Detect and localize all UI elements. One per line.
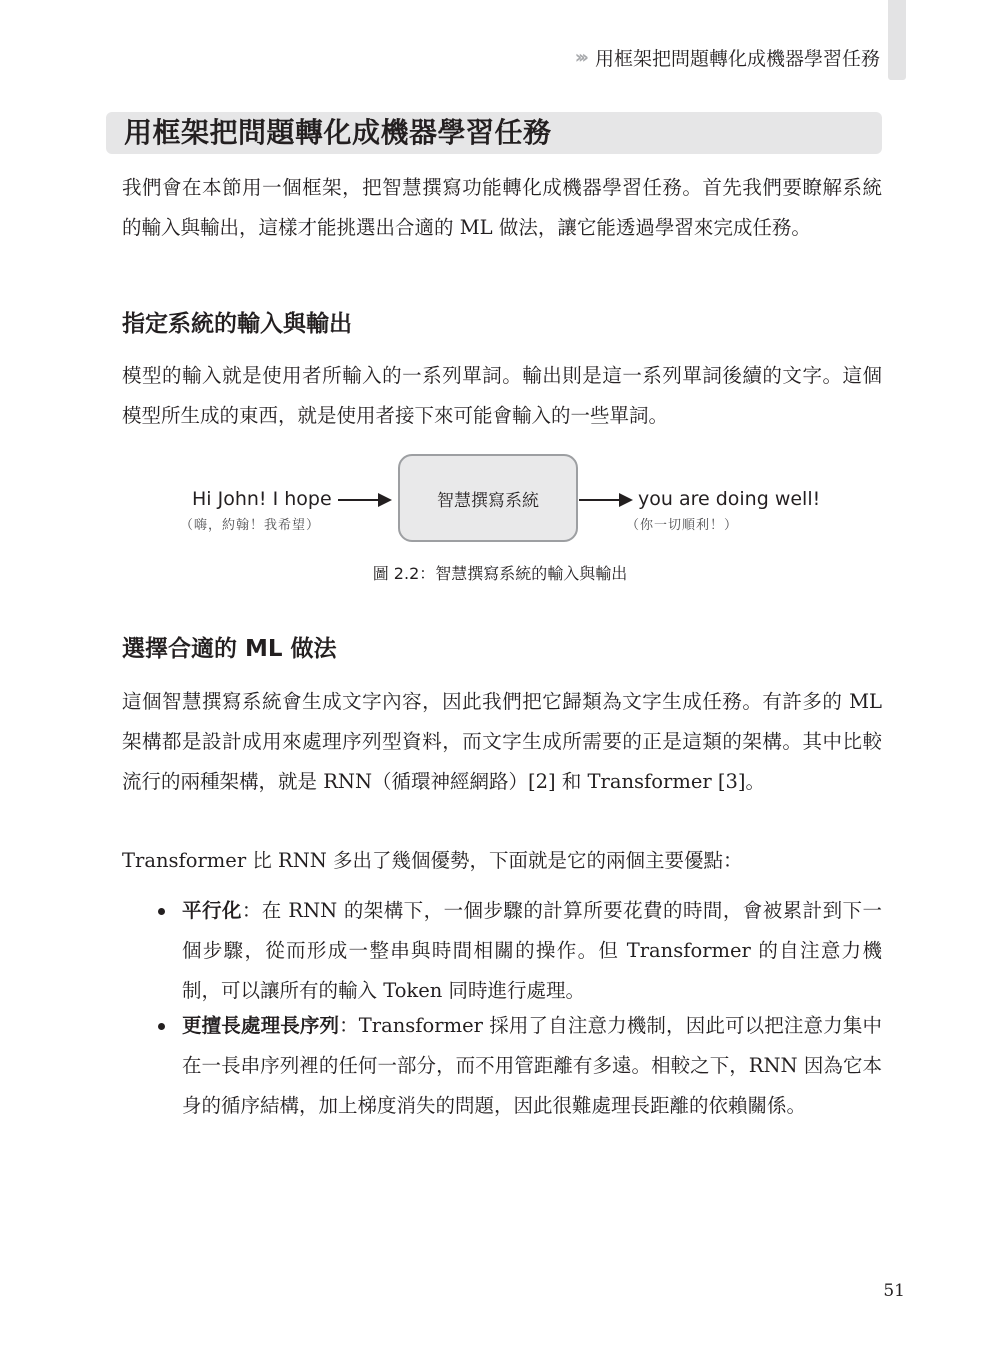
- figure-2-2: Hi John! I hope （嗨，約翰！我希望） 智慧撰寫系統 you ar…: [0, 0, 1000, 600]
- bullet-term: 平行化: [182, 899, 242, 922]
- advantages-intro: Transformer 比 RNN 多出了幾個優勢，下面就是它的兩個主要優點：: [122, 841, 882, 881]
- double-chevron-right-icon: ›››: [575, 47, 585, 68]
- figure-output-text: you are doing well!: [638, 488, 820, 510]
- intro-paragraph: 我們會在本節用一個框架，把智慧撰寫功能轉化成機器學習任務。首先我們要瞭解系統的輸…: [122, 168, 882, 248]
- page-number: 51: [883, 1281, 905, 1301]
- figure-input-translation: （嗨，約翰！我希望）: [180, 514, 320, 533]
- ml-paragraph: 這個智慧撰寫系統會生成文字內容，因此我們把它歸類為文字生成任務。有許多的 ML …: [122, 682, 882, 802]
- io-paragraph: 模型的輸入就是使用者所輸入的一系列單詞。輸出則是這一系列單詞後續的文字。這個模型…: [122, 356, 882, 436]
- bullet-text: ：在 RNN 的架構下，一個步驟的計算所要花費的時間，會被累計到下一個步驟，從而…: [182, 899, 882, 1002]
- figure-input-text: Hi John! I hope: [192, 488, 332, 510]
- running-header: ››› 用框架把問題轉化成機器學習任務: [575, 44, 880, 71]
- bullet-item: 平行化：在 RNN 的架構下，一個步驟的計算所要花費的時間，會被累計到下一個步驟…: [182, 891, 882, 1011]
- section-title: 用框架把問題轉化成機器學習任務: [124, 113, 552, 153]
- system-box: 智慧撰寫系統: [398, 454, 578, 542]
- subsection-heading-ml: 選擇合適的 ML 做法: [122, 630, 337, 663]
- system-box-label: 智慧撰寫系統: [437, 486, 539, 511]
- running-header-title: 用框架把問題轉化成機器學習任務: [595, 44, 880, 71]
- bullet-icon: [158, 1023, 165, 1030]
- figure-caption: 圖 2.2：智慧撰寫系統的輸入與輸出: [0, 561, 1000, 584]
- subsection-heading-io: 指定系統的輸入與輸出: [122, 305, 352, 338]
- bullet-item: 更擅長處理長序列：Transformer 採用了自注意力機制，因此可以把注意力集…: [182, 1006, 882, 1126]
- figure-output-translation: （你一切順利！）: [626, 514, 738, 533]
- bullet-icon: [158, 908, 165, 915]
- arrow-right-icon: [338, 499, 390, 501]
- bullet-term: 更擅長處理長序列: [182, 1014, 339, 1037]
- chapter-side-tab: [888, 0, 906, 80]
- arrow-right-icon: [579, 499, 631, 501]
